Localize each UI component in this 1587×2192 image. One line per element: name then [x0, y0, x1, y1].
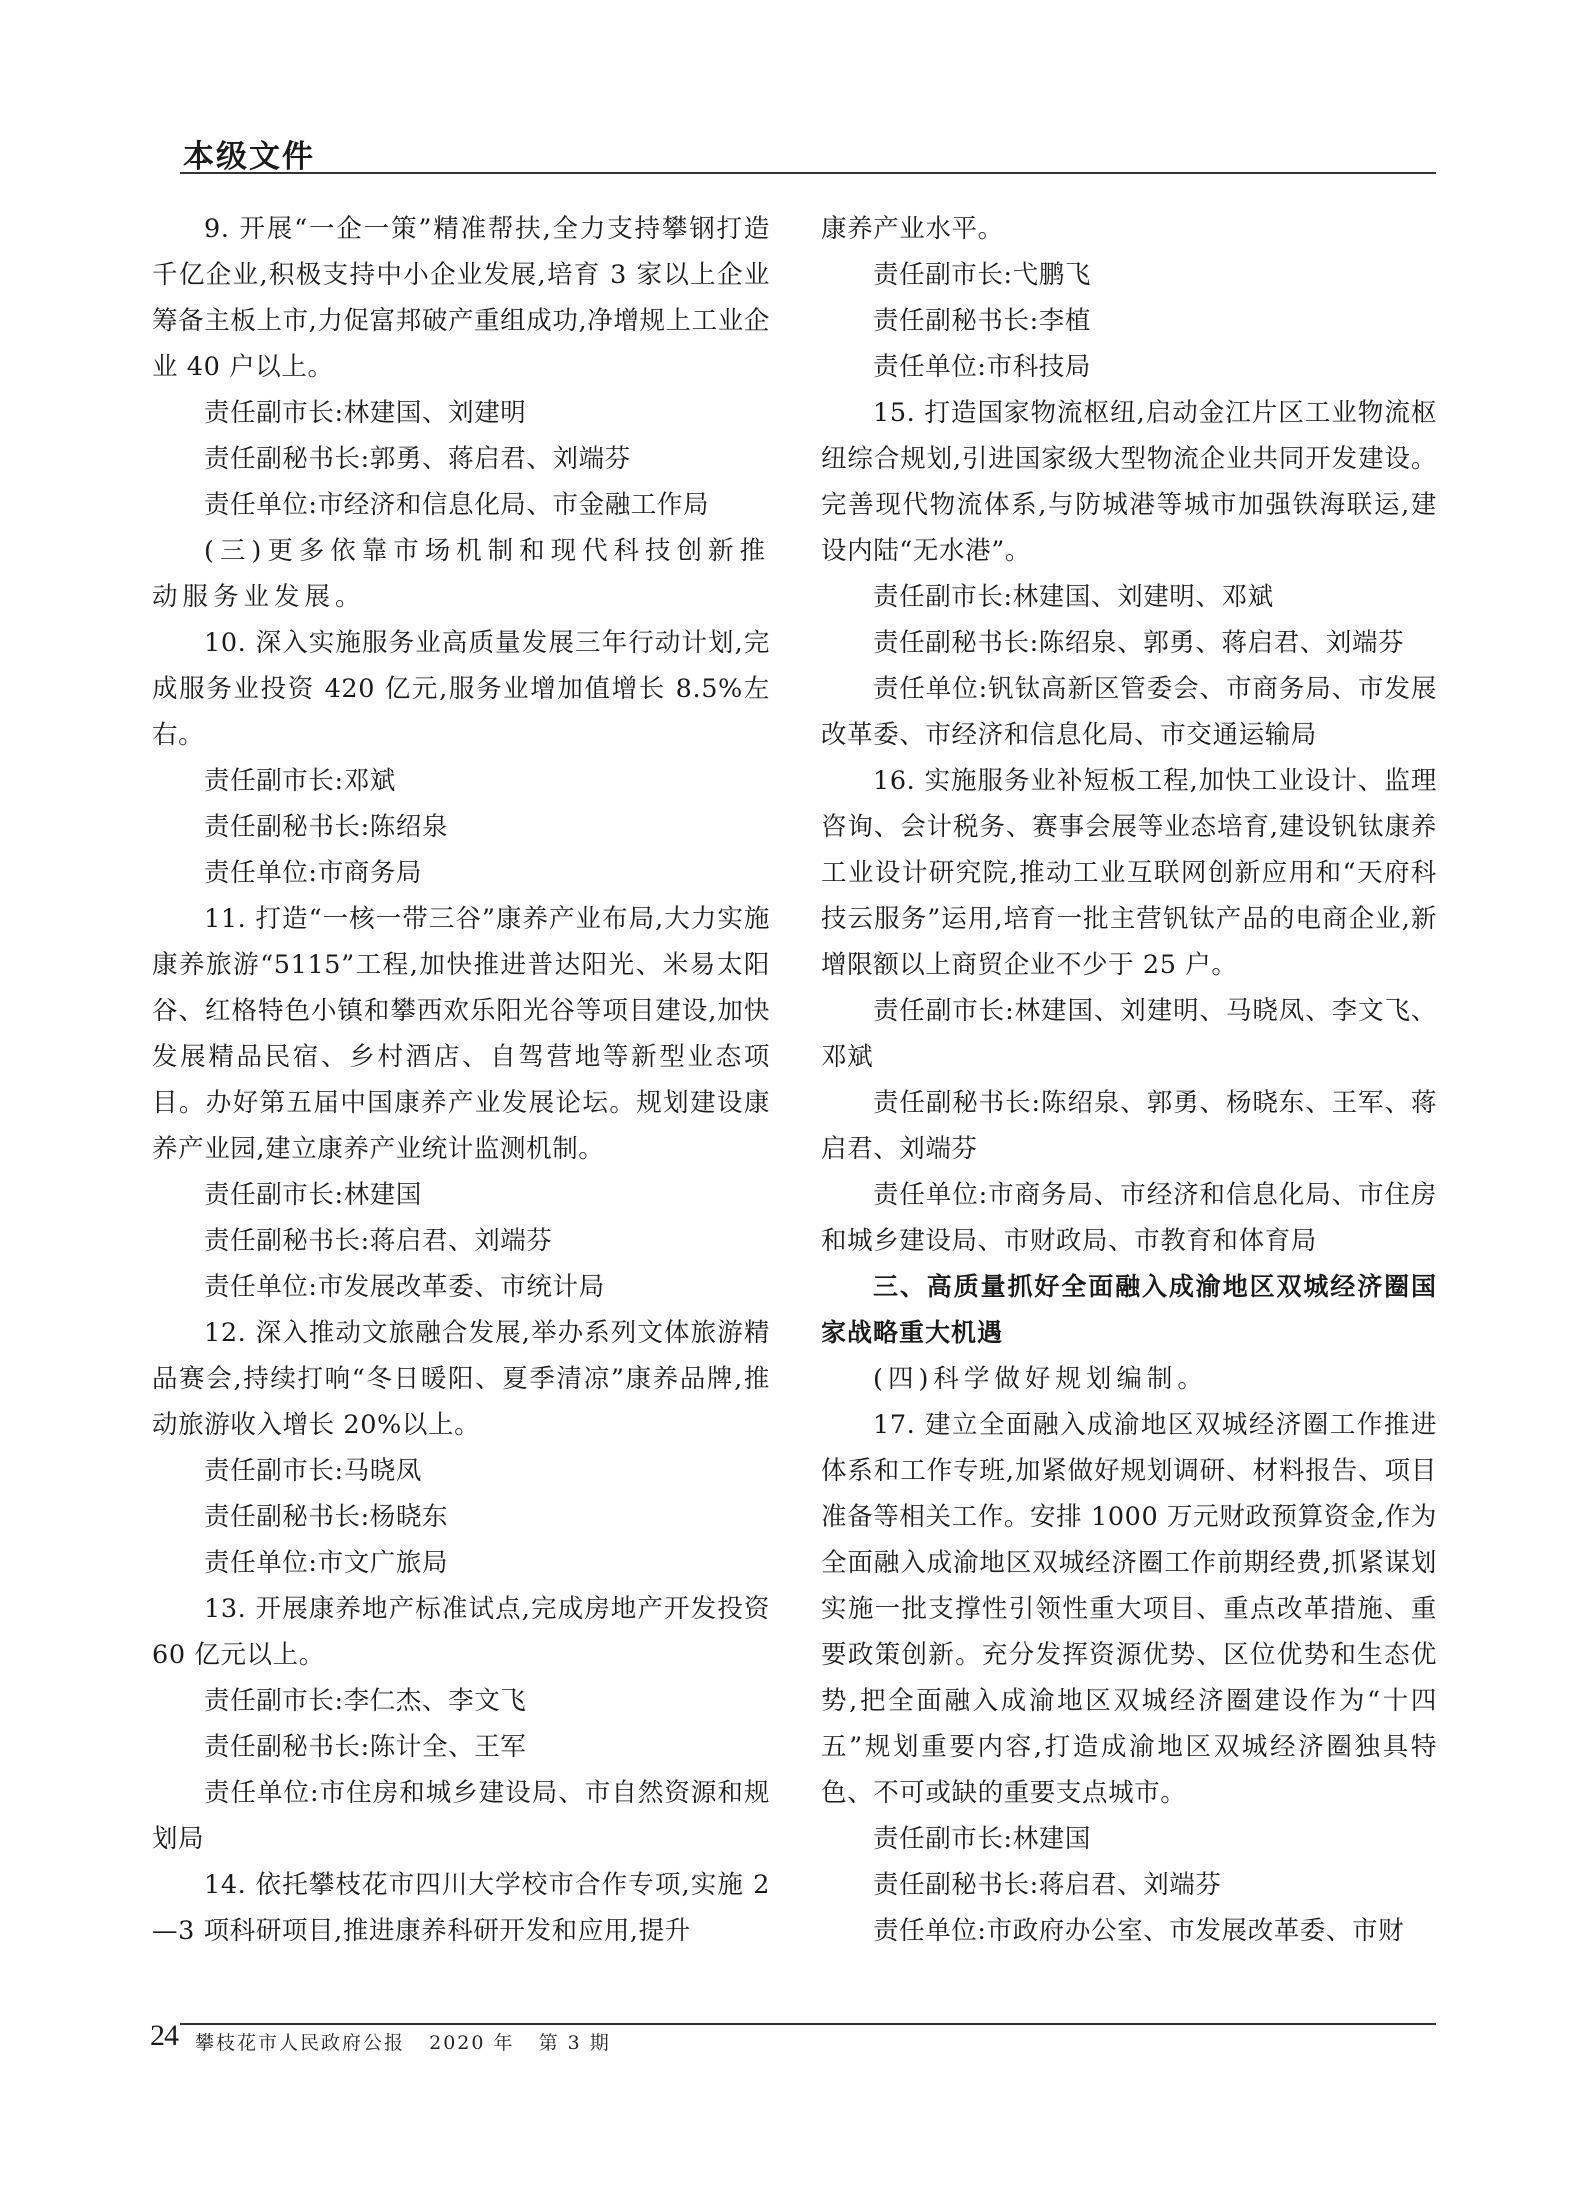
paragraph: 责任副市长:李仁杰、李文飞	[152, 1678, 770, 1724]
paragraph: (三)更多依靠市场机制和现代科技创新推动服务业发展。	[152, 528, 770, 620]
paragraph: 责任副市长:林建国、刘建明	[152, 390, 770, 436]
paragraph: 责任副市长:弋鹏飞	[821, 252, 1437, 298]
footer-divider	[180, 2023, 1436, 2025]
paragraph: 责任副秘书长:李植	[821, 298, 1437, 344]
paragraph: 责任单位:市文广旅局	[152, 1540, 770, 1586]
paragraph: 责任副秘书长:陈绍泉、郭勇、杨晓东、王军、蒋启君、刘端芬	[821, 1080, 1437, 1172]
paragraph: 责任副市长:林建国	[152, 1172, 770, 1218]
header-divider	[180, 172, 1436, 174]
paragraph: 9. 开展“一企一策”精准帮扶,全力支持攀钢打造千亿企业,积极支持中小企业发展,…	[152, 206, 770, 390]
paragraph: 责任副秘书长:郭勇、蒋启君、刘端芬	[152, 436, 770, 482]
paragraph: 15. 打造国家物流枢纽,启动金江片区工业物流枢纽综合规划,引进国家级大型物流企…	[821, 390, 1437, 574]
paragraph: 责任单位:市商务局、市经济和信息化局、市住房和城乡建设局、市财政局、市教育和体育…	[821, 1172, 1437, 1264]
paragraph: 10. 深入实施服务业高质量发展三年行动计划,完成服务业投资 420 亿元,服务…	[152, 620, 770, 758]
paragraph: 13. 开展康养地产标准试点,完成房地产开发投资 60 亿元以上。	[152, 1586, 770, 1678]
paragraph: 责任副秘书长:陈绍泉	[152, 804, 770, 850]
paragraph: 责任副市长:邓斌	[152, 758, 770, 804]
paragraph: 12. 深入推动文旅融合发展,举办系列文体旅游精品赛会,持续打响“冬日暖阳、夏季…	[152, 1310, 770, 1448]
paragraph: 责任单位:市政府办公室、市发展改革委、市财	[821, 1908, 1437, 1954]
paragraph: 责任副市长:林建国	[821, 1816, 1437, 1862]
paragraph: (四)科学做好规划编制。	[821, 1356, 1437, 1402]
paragraph: 责任副秘书长:陈计全、王军	[152, 1724, 770, 1770]
paragraph: 责任副秘书长:杨晓东	[152, 1494, 770, 1540]
paragraph: 责任单位:市住房和城乡建设局、市自然资源和规划局	[152, 1770, 770, 1862]
paragraph: 责任单位:市经济和信息化局、市金融工作局	[152, 482, 770, 528]
paragraph: 17. 建立全面融入成渝地区双城经济圈工作推进体系和工作专班,加紧做好规划调研、…	[821, 1402, 1437, 1816]
paragraph: 14. 依托攀枝花市四川大学校市合作专项,实施 2—3 项科研项目,推进康养科研…	[152, 1862, 770, 1954]
paragraph: 责任副市长:林建国、刘建明、邓斌	[821, 574, 1437, 620]
section-title: 本级文件	[183, 131, 315, 176]
page-number: 24	[150, 2019, 178, 2053]
paragraph: 16. 实施服务业补短板工程,加快工业设计、监理咨询、会计税务、赛事会展等业态培…	[821, 758, 1437, 988]
paragraph: 责任副市长:马晓凤	[152, 1448, 770, 1494]
paragraph: 11. 打造“一核一带三谷”康养产业布局,大力实施康养旅游“5115”工程,加快…	[152, 896, 770, 1172]
publication-info: 攀枝花市人民政府公报 2020 年 第 3 期	[195, 2028, 611, 2055]
paragraph: 责任副秘书长:陈绍泉、郭勇、蒋启君、刘端芬	[821, 620, 1437, 666]
section-heading: 三、高质量抓好全面融入成渝地区双城经济圈国家战略重大机遇	[821, 1264, 1437, 1356]
paragraph: 责任单位:市商务局	[152, 850, 770, 896]
paragraph: 康养产业水平。	[821, 206, 1437, 252]
paragraph: 责任副秘书长:蒋启君、刘端芬	[821, 1862, 1437, 1908]
paragraph: 责任单位:钒钛高新区管委会、市商务局、市发展改革委、市经济和信息化局、市交通运输…	[821, 666, 1437, 758]
left-column: 9. 开展“一企一策”精准帮扶,全力支持攀钢打造千亿企业,积极支持中小企业发展,…	[152, 206, 770, 1954]
right-column: 康养产业水平。责任副市长:弋鹏飞责任副秘书长:李植责任单位:市科技局15. 打造…	[821, 206, 1437, 1954]
paragraph: 责任副市长:林建国、刘建明、马晓凤、李文飞、邓斌	[821, 988, 1437, 1080]
paragraph: 责任单位:市发展改革委、市统计局	[152, 1264, 770, 1310]
paragraph: 责任单位:市科技局	[821, 344, 1437, 390]
paragraph: 责任副秘书长:蒋启君、刘端芬	[152, 1218, 770, 1264]
